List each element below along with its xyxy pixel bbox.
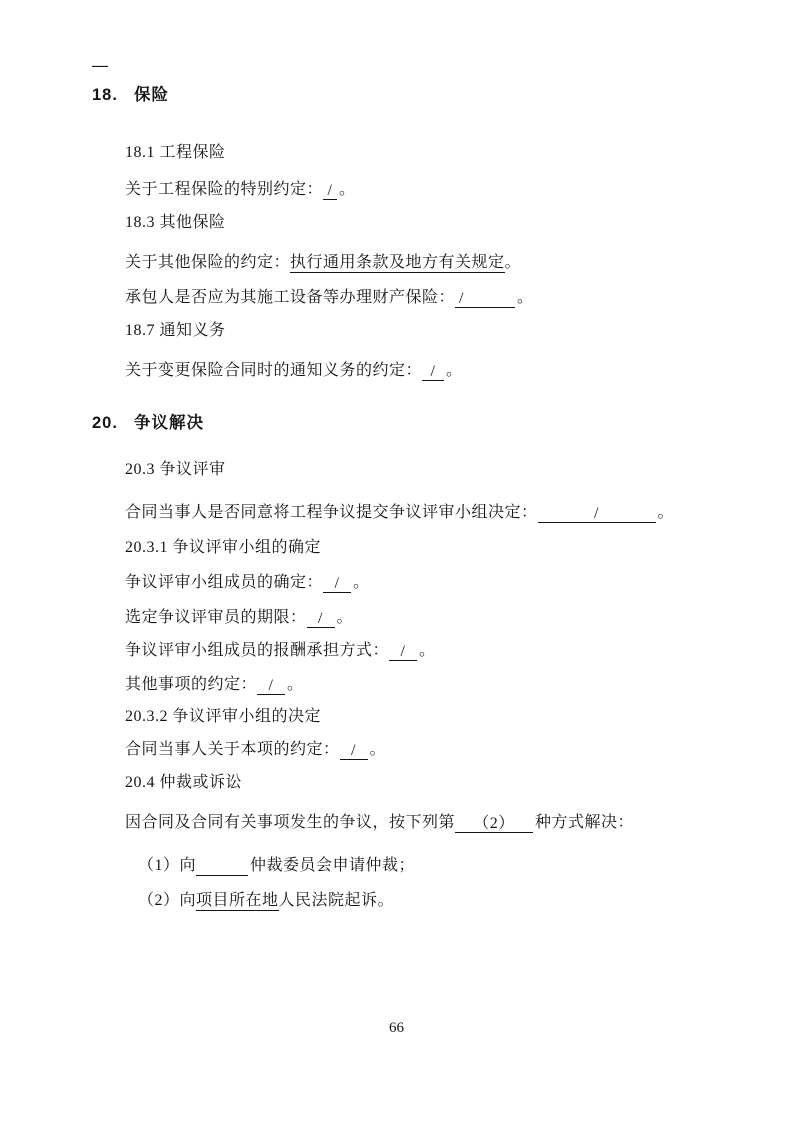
clause-court-option: （2）向项目所在地人民法院起诉。 [138, 891, 705, 911]
clause-text: 。 [505, 254, 522, 271]
fill-in-blank: / [538, 504, 656, 523]
clause-text: 合同当事人是否同意将工程争议提交争议评审小组决定： [125, 504, 538, 521]
clause-18-3-heading: 18.3 其他保险 [125, 213, 705, 233]
clause-text: 种方式解决： [535, 814, 634, 831]
clause-text: 。 [370, 741, 387, 758]
fill-in-blank: / [340, 741, 368, 760]
clause-text: 。 [287, 676, 304, 693]
fill-in-text: 执行通用条款及地方有关规定 [290, 254, 505, 273]
clause-panel-decision: 合同当事人关于本项的约定：/。 [125, 740, 705, 760]
clause-text: 。 [353, 574, 370, 591]
clause-reviewer-deadline: 选定争议评审员的期限：/。 [125, 608, 705, 628]
clause-20-3-1-heading: 20.3.1 争议评审小组的确定 [125, 538, 705, 558]
fill-in-blank: / [422, 362, 444, 381]
clause-text: 关于工程保险的特别约定： [125, 181, 323, 198]
clause-text: 争议评审小组成员的报酬承担方式： [125, 642, 389, 659]
clause-text: 。 [339, 181, 356, 198]
clause-text: 其他事项的约定： [125, 676, 257, 693]
section-number: 20. [92, 413, 118, 433]
clause-dispute-review-agree: 合同当事人是否同意将工程争议提交争议评审小组决定：/。 [125, 503, 705, 523]
clause-text: 。 [419, 642, 436, 659]
fill-in-blank: / [455, 289, 515, 308]
clause-18-1-heading: 18.1 工程保险 [125, 143, 705, 163]
section-heading-20: 20.争议解决 [92, 413, 705, 433]
clause-text: 关于变更保险合同时的通知义务的约定： [125, 362, 422, 379]
fill-in-blank [196, 857, 248, 876]
clause-notice-duty: 关于变更保险合同时的通知义务的约定：/。 [125, 361, 705, 381]
clause-other-matters: 其他事项的约定：/。 [125, 675, 705, 695]
fill-in-text: 项目所在地 [196, 892, 279, 911]
clause-20-3-heading: 20.3 争议评审 [125, 460, 705, 480]
clause-text: 选定争议评审员的期限： [125, 609, 307, 626]
clause-text: 关于其他保险的约定： [125, 254, 290, 271]
contract-document-page: — 18.保险 18.1 工程保险 关于工程保险的特别约定：/。 18.3 其他… [0, 0, 793, 1122]
page-number: 66 [0, 1020, 793, 1037]
clause-text: （2）向 [138, 892, 196, 909]
fill-in-blank: / [323, 181, 337, 200]
clause-remuneration: 争议评审小组成员的报酬承担方式：/。 [125, 641, 705, 661]
clause-equipment-insurance: 承包人是否应为其施工设备等办理财产保险：/。 [125, 288, 705, 308]
clause-20-4-heading: 20.4 仲裁或诉讼 [125, 773, 705, 793]
clause-text: 合同当事人关于本项的约定： [125, 741, 340, 758]
clause-20-3-2-heading: 20.3.2 争议评审小组的决定 [125, 707, 705, 727]
clause-text: 承包人是否应为其施工设备等办理财产保险： [125, 289, 455, 306]
clause-text: 。 [446, 362, 463, 379]
clause-text: 。 [517, 289, 534, 306]
clause-text: 。 [337, 609, 354, 626]
clause-18-7-heading: 18.7 通知义务 [125, 321, 705, 341]
section-heading-18: 18.保险 [92, 85, 705, 105]
clause-text: 仲裁委员会申请仲裁； [250, 857, 415, 874]
fill-in-blank: / [257, 676, 285, 695]
clause-arbitration-option: （1）向仲裁委员会申请仲裁； [138, 856, 705, 876]
clause-text: 争议评审小组成员的确定： [125, 574, 323, 591]
top-mark: — [92, 56, 705, 76]
section-title: 保险 [134, 86, 169, 104]
clause-panel-members: 争议评审小组成员的确定：/。 [125, 573, 705, 593]
fill-in-blank: （2） [455, 814, 533, 833]
clause-other-insurance: 关于其他保险的约定：执行通用条款及地方有关规定。 [125, 253, 705, 273]
clause-text: 因合同及合同有关事项发生的争议，按下列第 [125, 814, 455, 831]
clause-text: （1）向 [138, 857, 196, 874]
section-title: 争议解决 [134, 414, 204, 432]
fill-in-blank: / [323, 574, 351, 593]
clause-text: 。 [658, 504, 675, 521]
fill-in-blank: / [389, 642, 417, 661]
clause-text: 人民法院起诉。 [279, 892, 395, 909]
fill-in-blank: / [307, 609, 335, 628]
section-number: 18. [92, 85, 118, 105]
clause-dispute-method: 因合同及合同有关事项发生的争议，按下列第（2）种方式解决： [125, 813, 705, 833]
clause-project-insurance: 关于工程保险的特别约定：/。 [125, 180, 705, 200]
